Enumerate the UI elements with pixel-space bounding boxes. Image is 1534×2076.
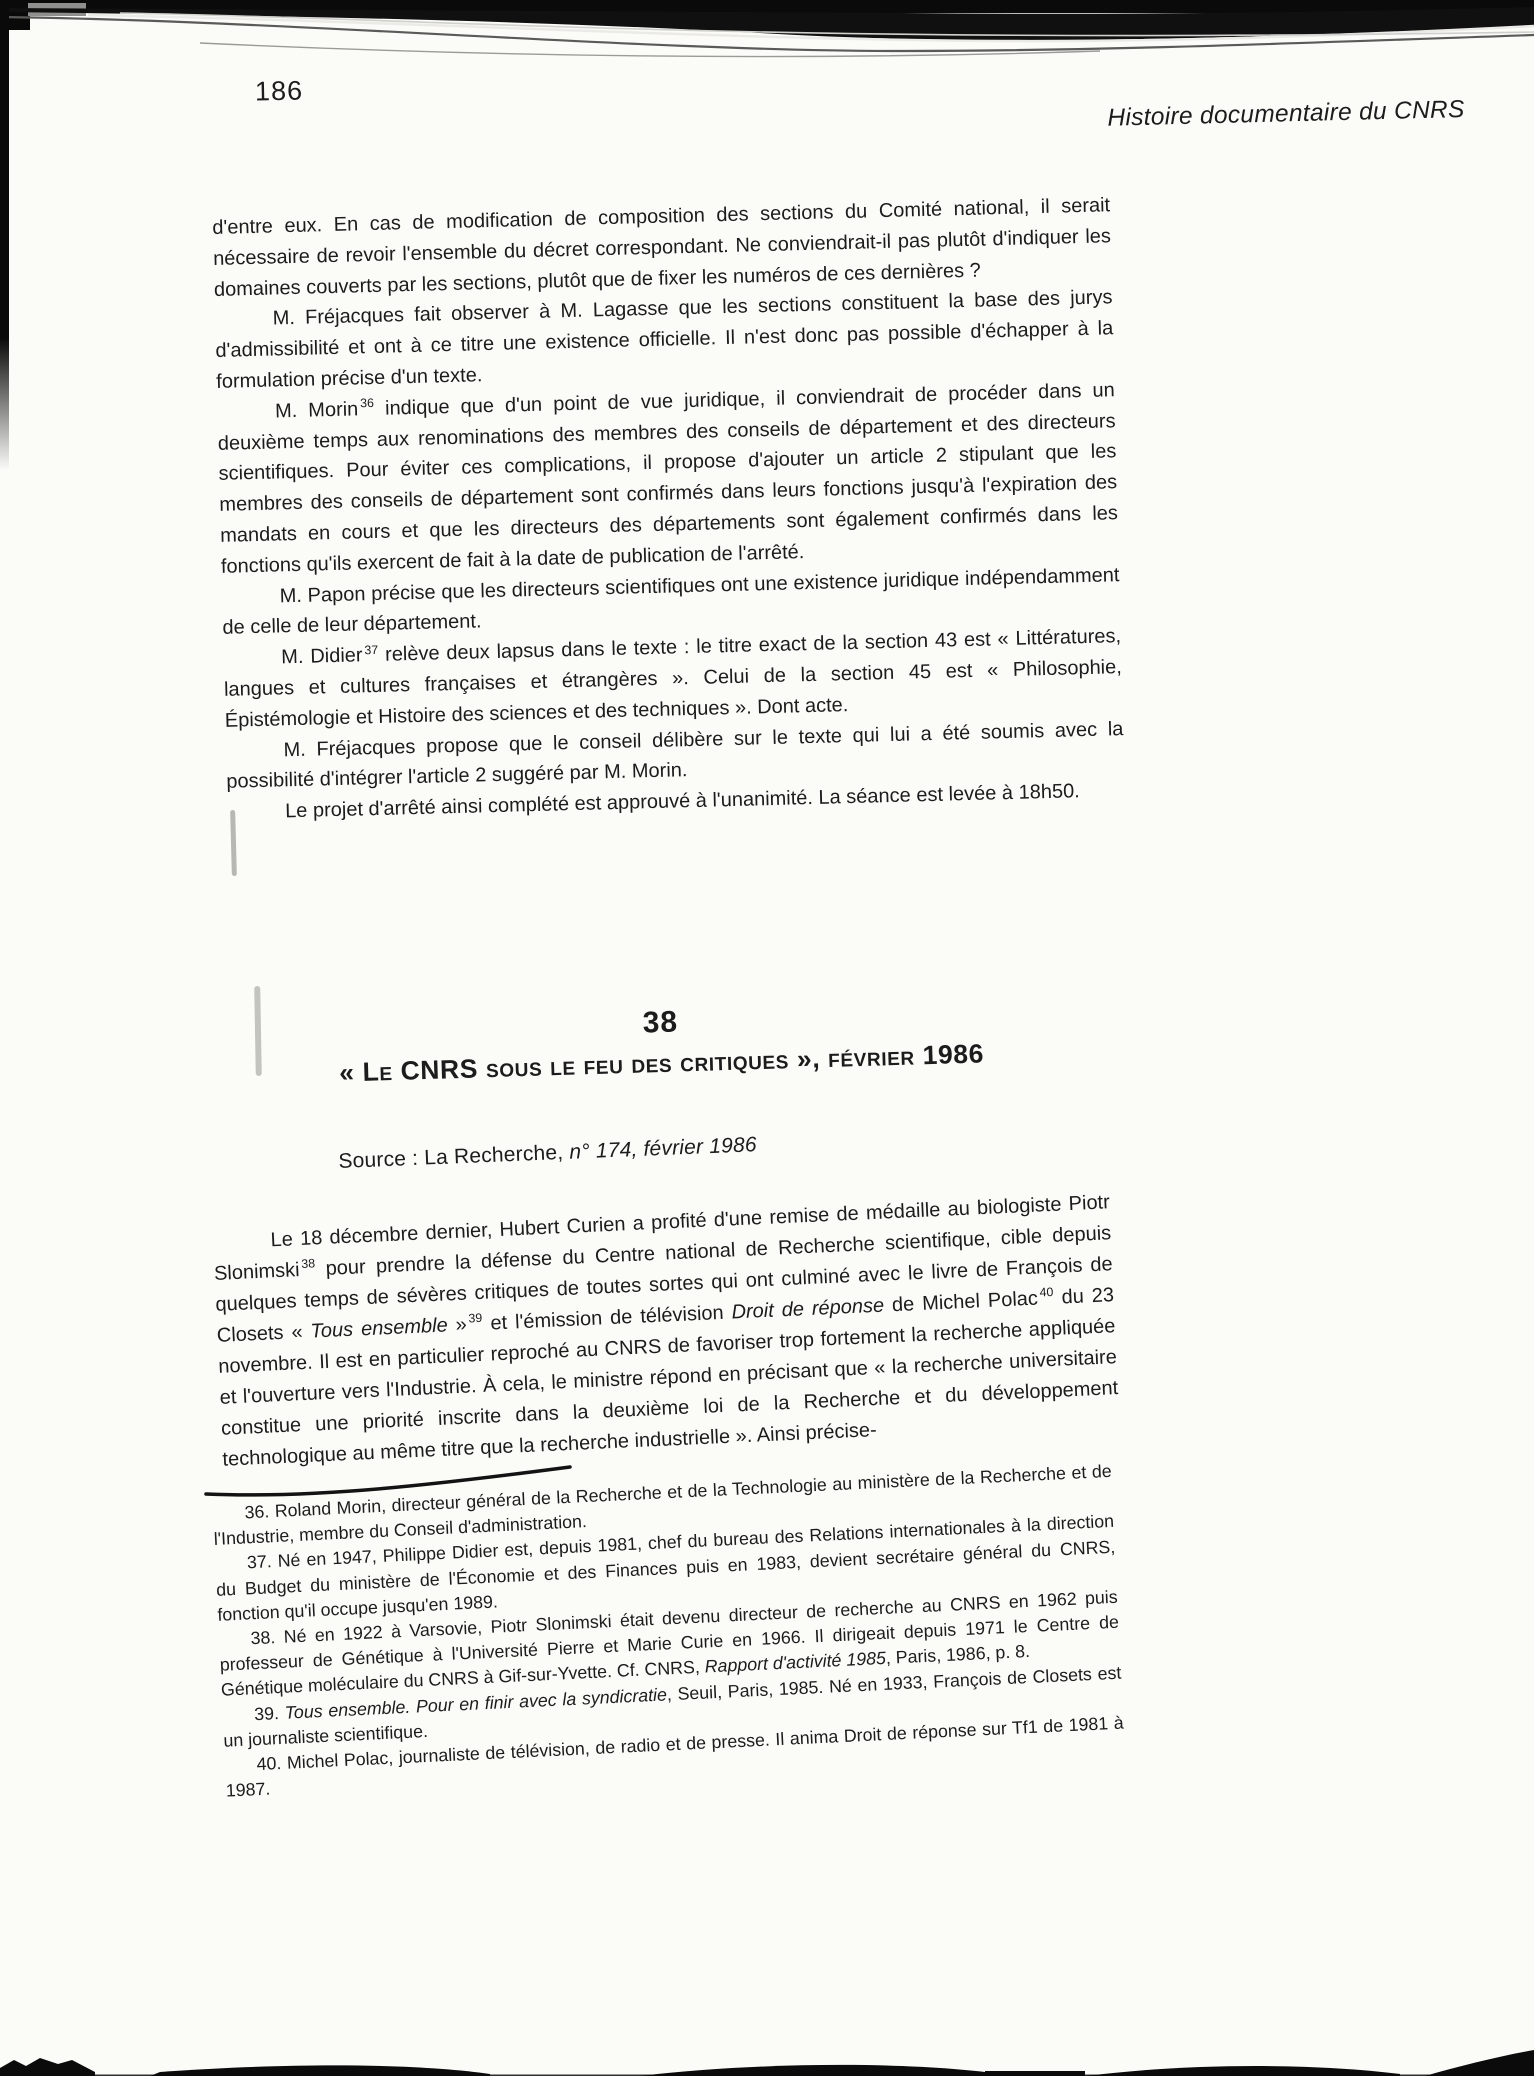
text-run: Droit de réponse <box>731 1295 885 1324</box>
scan-left-edge <box>0 0 9 470</box>
minutes-text: d'entre eux. En cas de modification de c… <box>212 190 1125 828</box>
running-header: Histoire documentaire du CNRS <box>1107 96 1465 133</box>
page-number: 186 <box>255 76 304 108</box>
text-run: et l'émission de télévision <box>482 1302 732 1335</box>
footnote-ref: 39 <box>468 1311 482 1326</box>
section-heading: 38 « Le CNRS sous le feu des critiques »… <box>211 993 1111 1093</box>
source-label: Source : La Recherche, <box>338 1141 570 1173</box>
text-run: M. Fréjacques fait observer à M. Lagasse… <box>215 287 1113 393</box>
text-run: de Michel Polac <box>884 1288 1039 1317</box>
text-run: d'entre eux. En cas de modification de c… <box>212 194 1111 300</box>
footnotes: 36. Roland Morin, directeur général de l… <box>212 1459 1125 1804</box>
text-run: M. Didier <box>281 644 363 668</box>
article-text: Le 18 décembre dernier, Hubert Curien a … <box>212 1187 1120 1475</box>
footnote-ref: 37 <box>364 642 378 656</box>
scan-bottom-edge <box>0 2050 1534 2076</box>
text-run: , Paris, 1986, p. 8. <box>885 1641 1030 1668</box>
text-run: M. Morin <box>275 398 359 422</box>
text-run: 39. <box>254 1702 285 1723</box>
paragraph: M. Morin36 indique que d'un point de vue… <box>217 375 1119 582</box>
footnote-ref: 38 <box>301 1257 315 1272</box>
text-run: relève deux lapsus dans le texte : le ti… <box>224 625 1122 731</box>
scan-top-edge <box>0 0 1534 72</box>
footnote-ref: 36 <box>360 396 374 410</box>
paragraph: Le 18 décembre dernier, Hubert Curien a … <box>212 1187 1120 1475</box>
source-line: Source : La Recherche, n° 174, février 1… <box>338 1133 757 1174</box>
book-page-scan: 186 Histoire documentaire du CNRS d'entr… <box>0 0 1534 2076</box>
text-run: Tous ensemble <box>310 1314 448 1342</box>
footnote-ref: 40 <box>1039 1285 1053 1300</box>
source-reference: n° 174, février 1986 <box>569 1133 757 1164</box>
text-run: » <box>447 1314 467 1337</box>
